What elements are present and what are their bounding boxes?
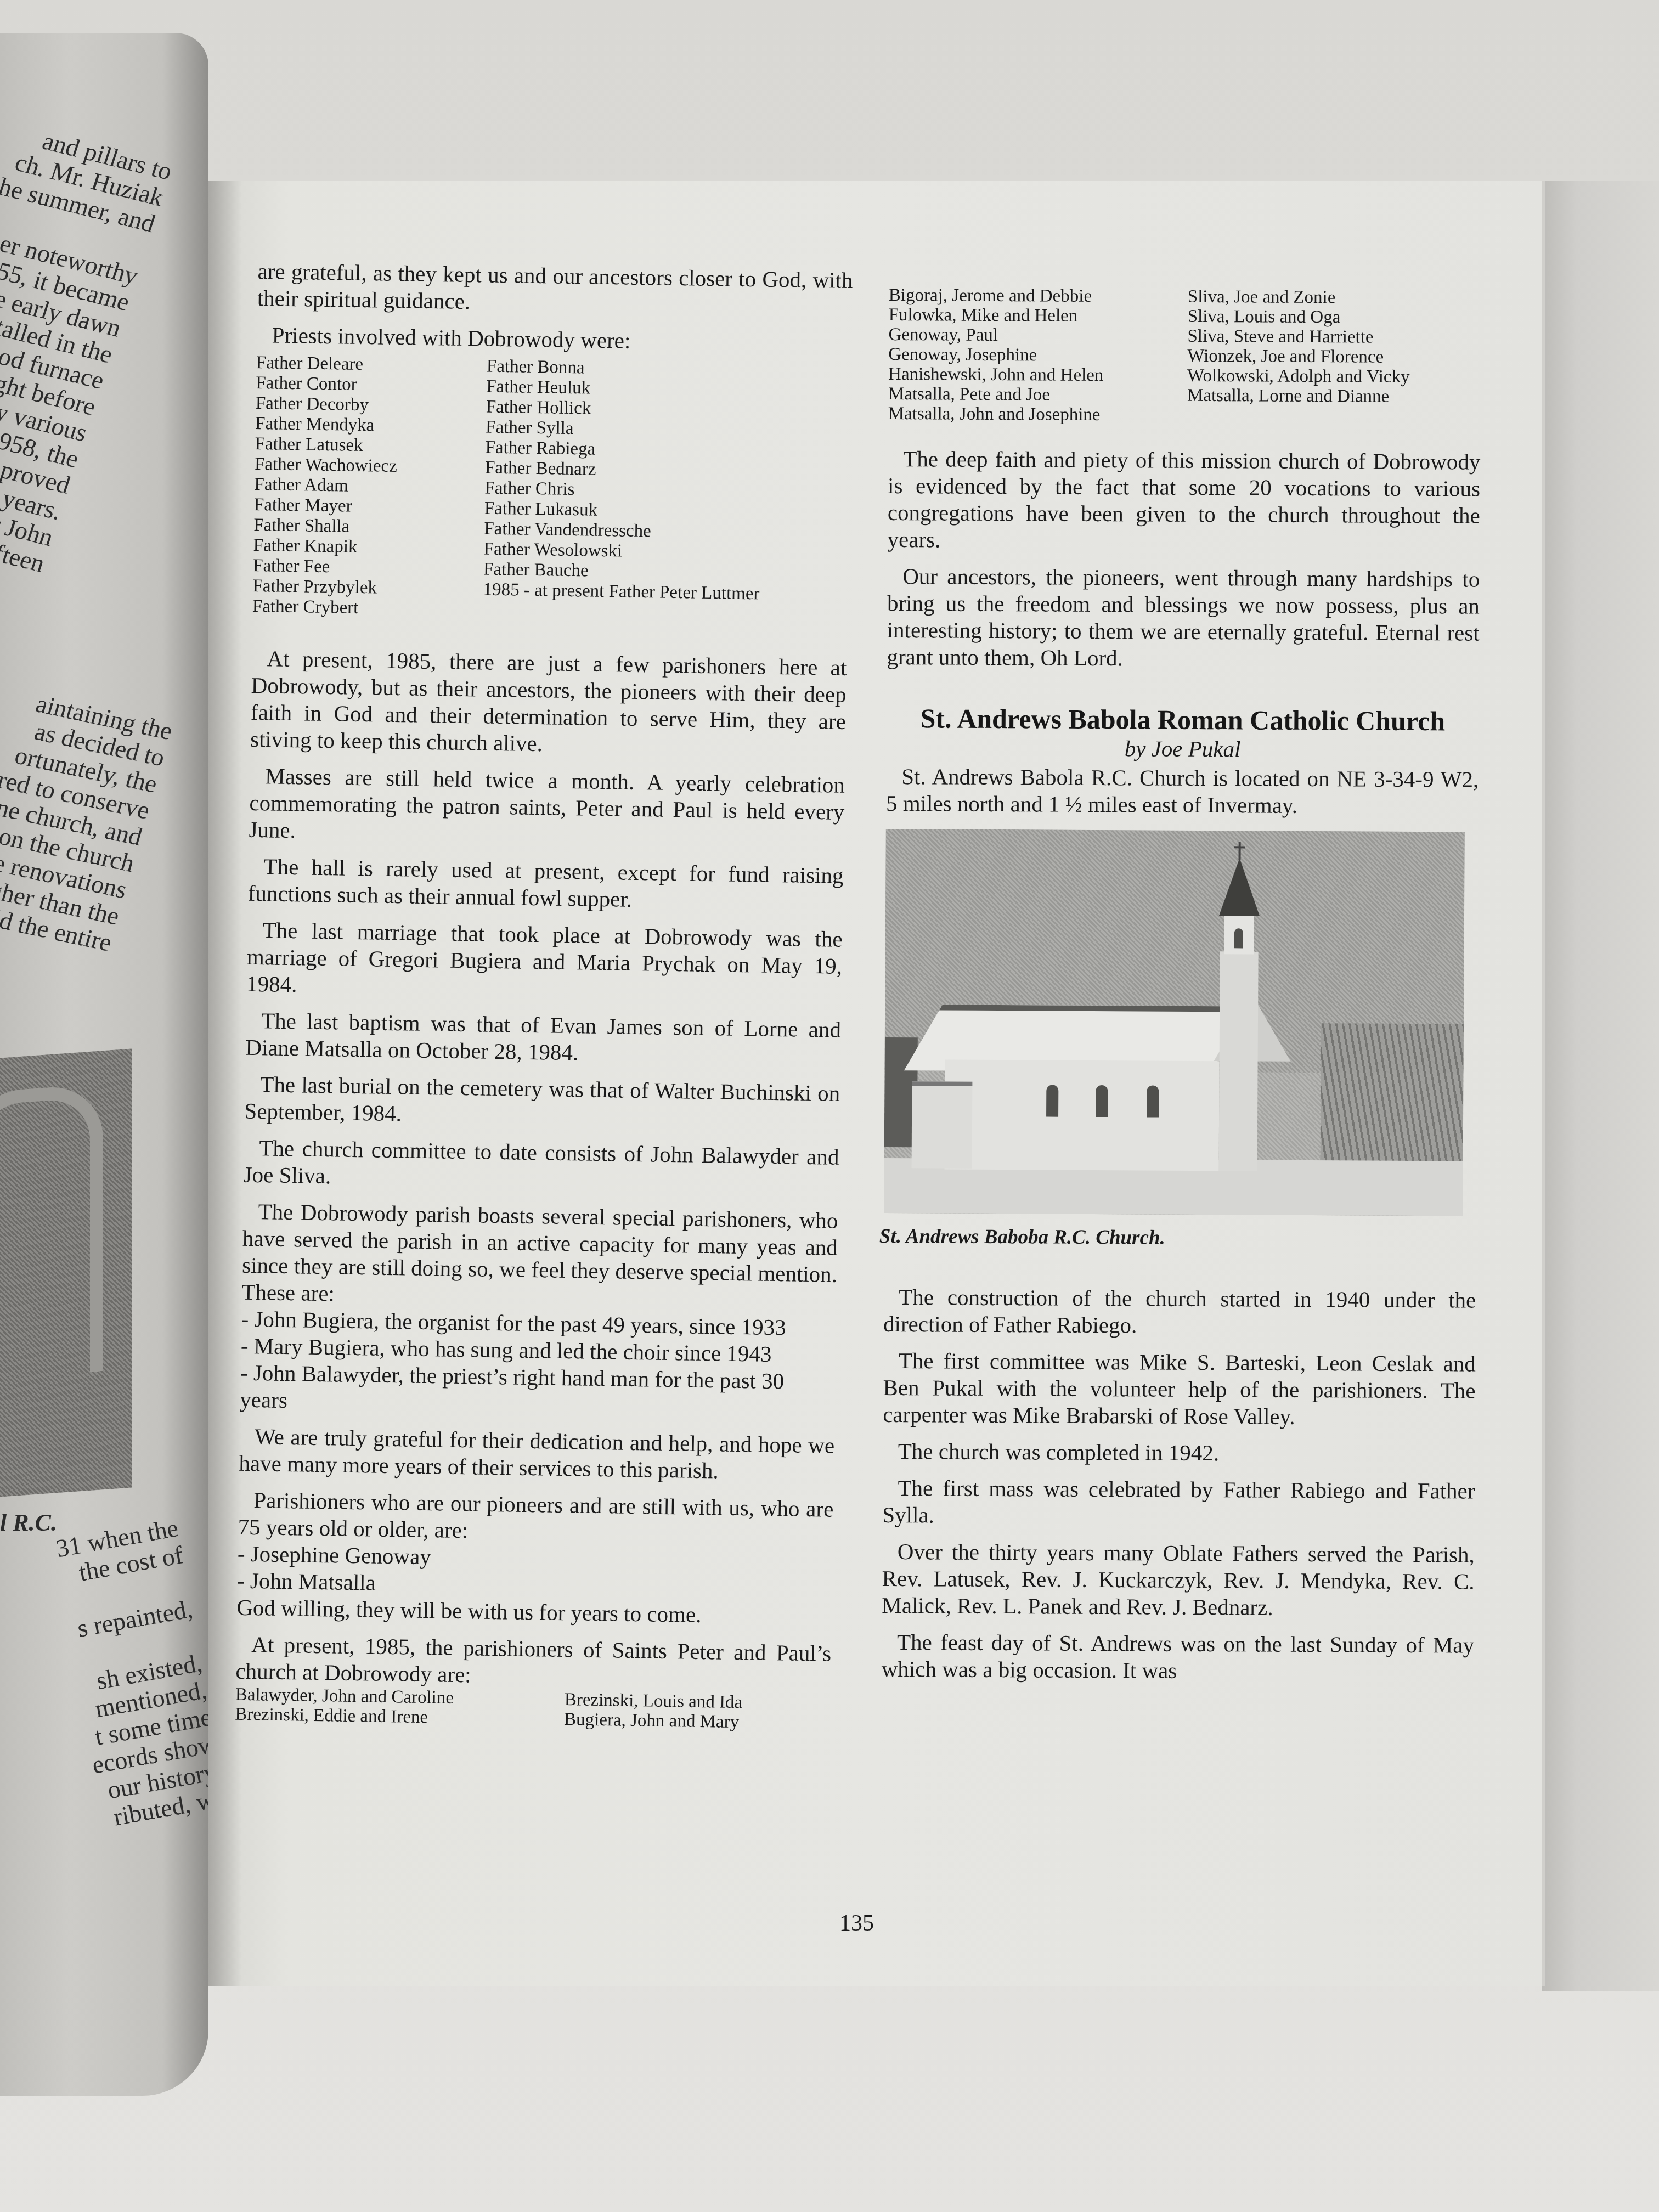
- church-window: [1046, 1085, 1058, 1117]
- priests-list-col-1: Father Deleare Father Contor Father Deco…: [252, 353, 487, 620]
- photo-caption: St. Andrews Baboba R.C. Church.: [879, 1223, 1476, 1253]
- page-left-column: are grateful, as they kept us and our an…: [235, 258, 853, 1734]
- paragraph: The first committee was Mike S. Barteski…: [883, 1347, 1476, 1431]
- section-title: St. Andrews Babola Roman Catholic Church: [887, 702, 1479, 737]
- paragraph-grateful: We are truly grateful for their dedicati…: [239, 1423, 834, 1486]
- photo-trees-right: [1321, 1023, 1464, 1172]
- parishioner-name: Sliva, Steve and Harriette: [1187, 326, 1481, 348]
- paragraph: The church committee to date consists of…: [243, 1135, 839, 1198]
- paragraph: Masses are still held twice a month. A y…: [249, 763, 845, 853]
- paragraph-faith: The deep faith and piety of this mission…: [887, 445, 1480, 556]
- byline: by Joe Pukal: [886, 734, 1479, 764]
- church-exterior-photo: [884, 829, 1465, 1216]
- church-window: [1147, 1085, 1159, 1117]
- altar-arch: [0, 1084, 103, 1380]
- parishioner-name: Bugiera, John and Mary: [564, 1709, 831, 1734]
- parishioner-name: Matsalla, John and Josephine: [888, 404, 1187, 425]
- paragraph: The feast day of St. Andrews was on the …: [882, 1629, 1474, 1686]
- left-page-text-block-3: 31 when the the cost of s repainted, sh …: [3, 1514, 208, 1842]
- paragraph: Over the thirty years many Oblate Father…: [882, 1538, 1475, 1622]
- parishioner-name: Matsalla, Pete and Joe: [888, 384, 1187, 405]
- table-surface-shadow: [1542, 181, 1659, 1991]
- parishioner-name: Genoway, Paul: [888, 325, 1187, 346]
- parishioners-intro: At present, 1985, the parishioners of Sa…: [235, 1631, 831, 1694]
- page-number: 135: [839, 1910, 874, 1937]
- church-nave: [945, 1060, 1220, 1171]
- parishioner-name: Hanishewski, John and Helen: [888, 364, 1187, 386]
- church-interior-photo: [0, 1049, 132, 1497]
- parishioner-name: Sliva, Louis and Oga: [1188, 307, 1481, 328]
- parishioners-list-part-2: Bigoraj, Jerome and Debbie Fulowka, Mike…: [888, 285, 1481, 427]
- paragraph-ancestors: Our ancestors, the pioneers, went throug…: [887, 563, 1480, 674]
- priests-heading: Priests involved with Dobrowody were:: [256, 321, 852, 358]
- paragraph-location: St. Andrews Babola R.C. Church is locate…: [886, 763, 1479, 820]
- parishioners-col-1: Balawyder, John and Caroline Brezinski, …: [235, 1685, 565, 1729]
- paragraph-intro: are grateful, as they kept us and our an…: [257, 258, 853, 321]
- paragraph: The last burial on the cemetery was that…: [244, 1071, 840, 1134]
- parishioners-col-1: Bigoraj, Jerome and Debbie Fulowka, Mike…: [888, 285, 1188, 425]
- priests-list: Father Deleare Father Contor Father Deco…: [252, 353, 851, 626]
- special-parishoner-item: - John Balawyder, the priest’s right han…: [240, 1359, 836, 1423]
- priests-list-col-2: Father Bonna Father Heuluk Father Hollic…: [483, 357, 851, 626]
- parishioner-name: Bigoraj, Jerome and Debbie: [889, 285, 1188, 307]
- paragraph: The first mass was celebrated by Father …: [882, 1475, 1475, 1532]
- parishioner-name: Fulowka, Mike and Helen: [889, 305, 1188, 326]
- left-facing-page: and pillars to ch. Mr. Huziak he summer,…: [0, 33, 208, 2096]
- parishioners-col-2: Sliva, Joe and Zonie Sliva, Louis and Og…: [1187, 287, 1481, 427]
- pioneers-intro: Parishioners who are our pioneers and ar…: [238, 1487, 833, 1550]
- left-page-text-block-2: aintaining the as decided to ortunately,…: [0, 682, 176, 956]
- belfry-window: [1234, 928, 1243, 948]
- church-spire: [1219, 858, 1260, 916]
- paragraph: The hall is rarely used at present, exce…: [247, 853, 843, 916]
- parishioner-name: Wolkowski, Adolph and Vicky: [1187, 366, 1481, 387]
- cross-icon: [1239, 842, 1241, 860]
- parishioners-col-2: Brezinski, Louis and Ida Bugiera, John a…: [564, 1690, 831, 1734]
- parishioner-name: Wionzek, Joe and Florence: [1187, 346, 1481, 368]
- parishioner-name: Sliva, Joe and Zonie: [1188, 287, 1481, 308]
- page-right-column: Bigoraj, Jerome and Debbie Fulowka, Mike…: [882, 285, 1481, 1696]
- parishioner-name: Matsalla, Lorne and Dianne: [1187, 386, 1481, 407]
- paragraph: The construction of the church started i…: [883, 1284, 1476, 1341]
- church-porch: [912, 1081, 973, 1169]
- left-photo-caption: l R.C.: [0, 1509, 57, 1537]
- paragraph: The last baptism was that of Evan James …: [245, 1007, 841, 1070]
- church-window: [1096, 1085, 1108, 1117]
- paragraph: The church was completed in 1942.: [883, 1438, 1475, 1468]
- paragraph: The last marriage that took place at Dob…: [246, 917, 843, 1007]
- priest-name: Father Crybert: [252, 596, 483, 620]
- left-page-text-block-1: and pillars to ch. Mr. Huziak he summer,…: [0, 117, 176, 578]
- church-tower: [1219, 951, 1259, 1171]
- special-parishoners-intro: The Dobrowody parish boasts several spec…: [241, 1198, 838, 1315]
- paragraph: At present, 1985, there are just a few p…: [250, 645, 847, 762]
- parishioner-name: Genoway, Josephine: [888, 345, 1187, 366]
